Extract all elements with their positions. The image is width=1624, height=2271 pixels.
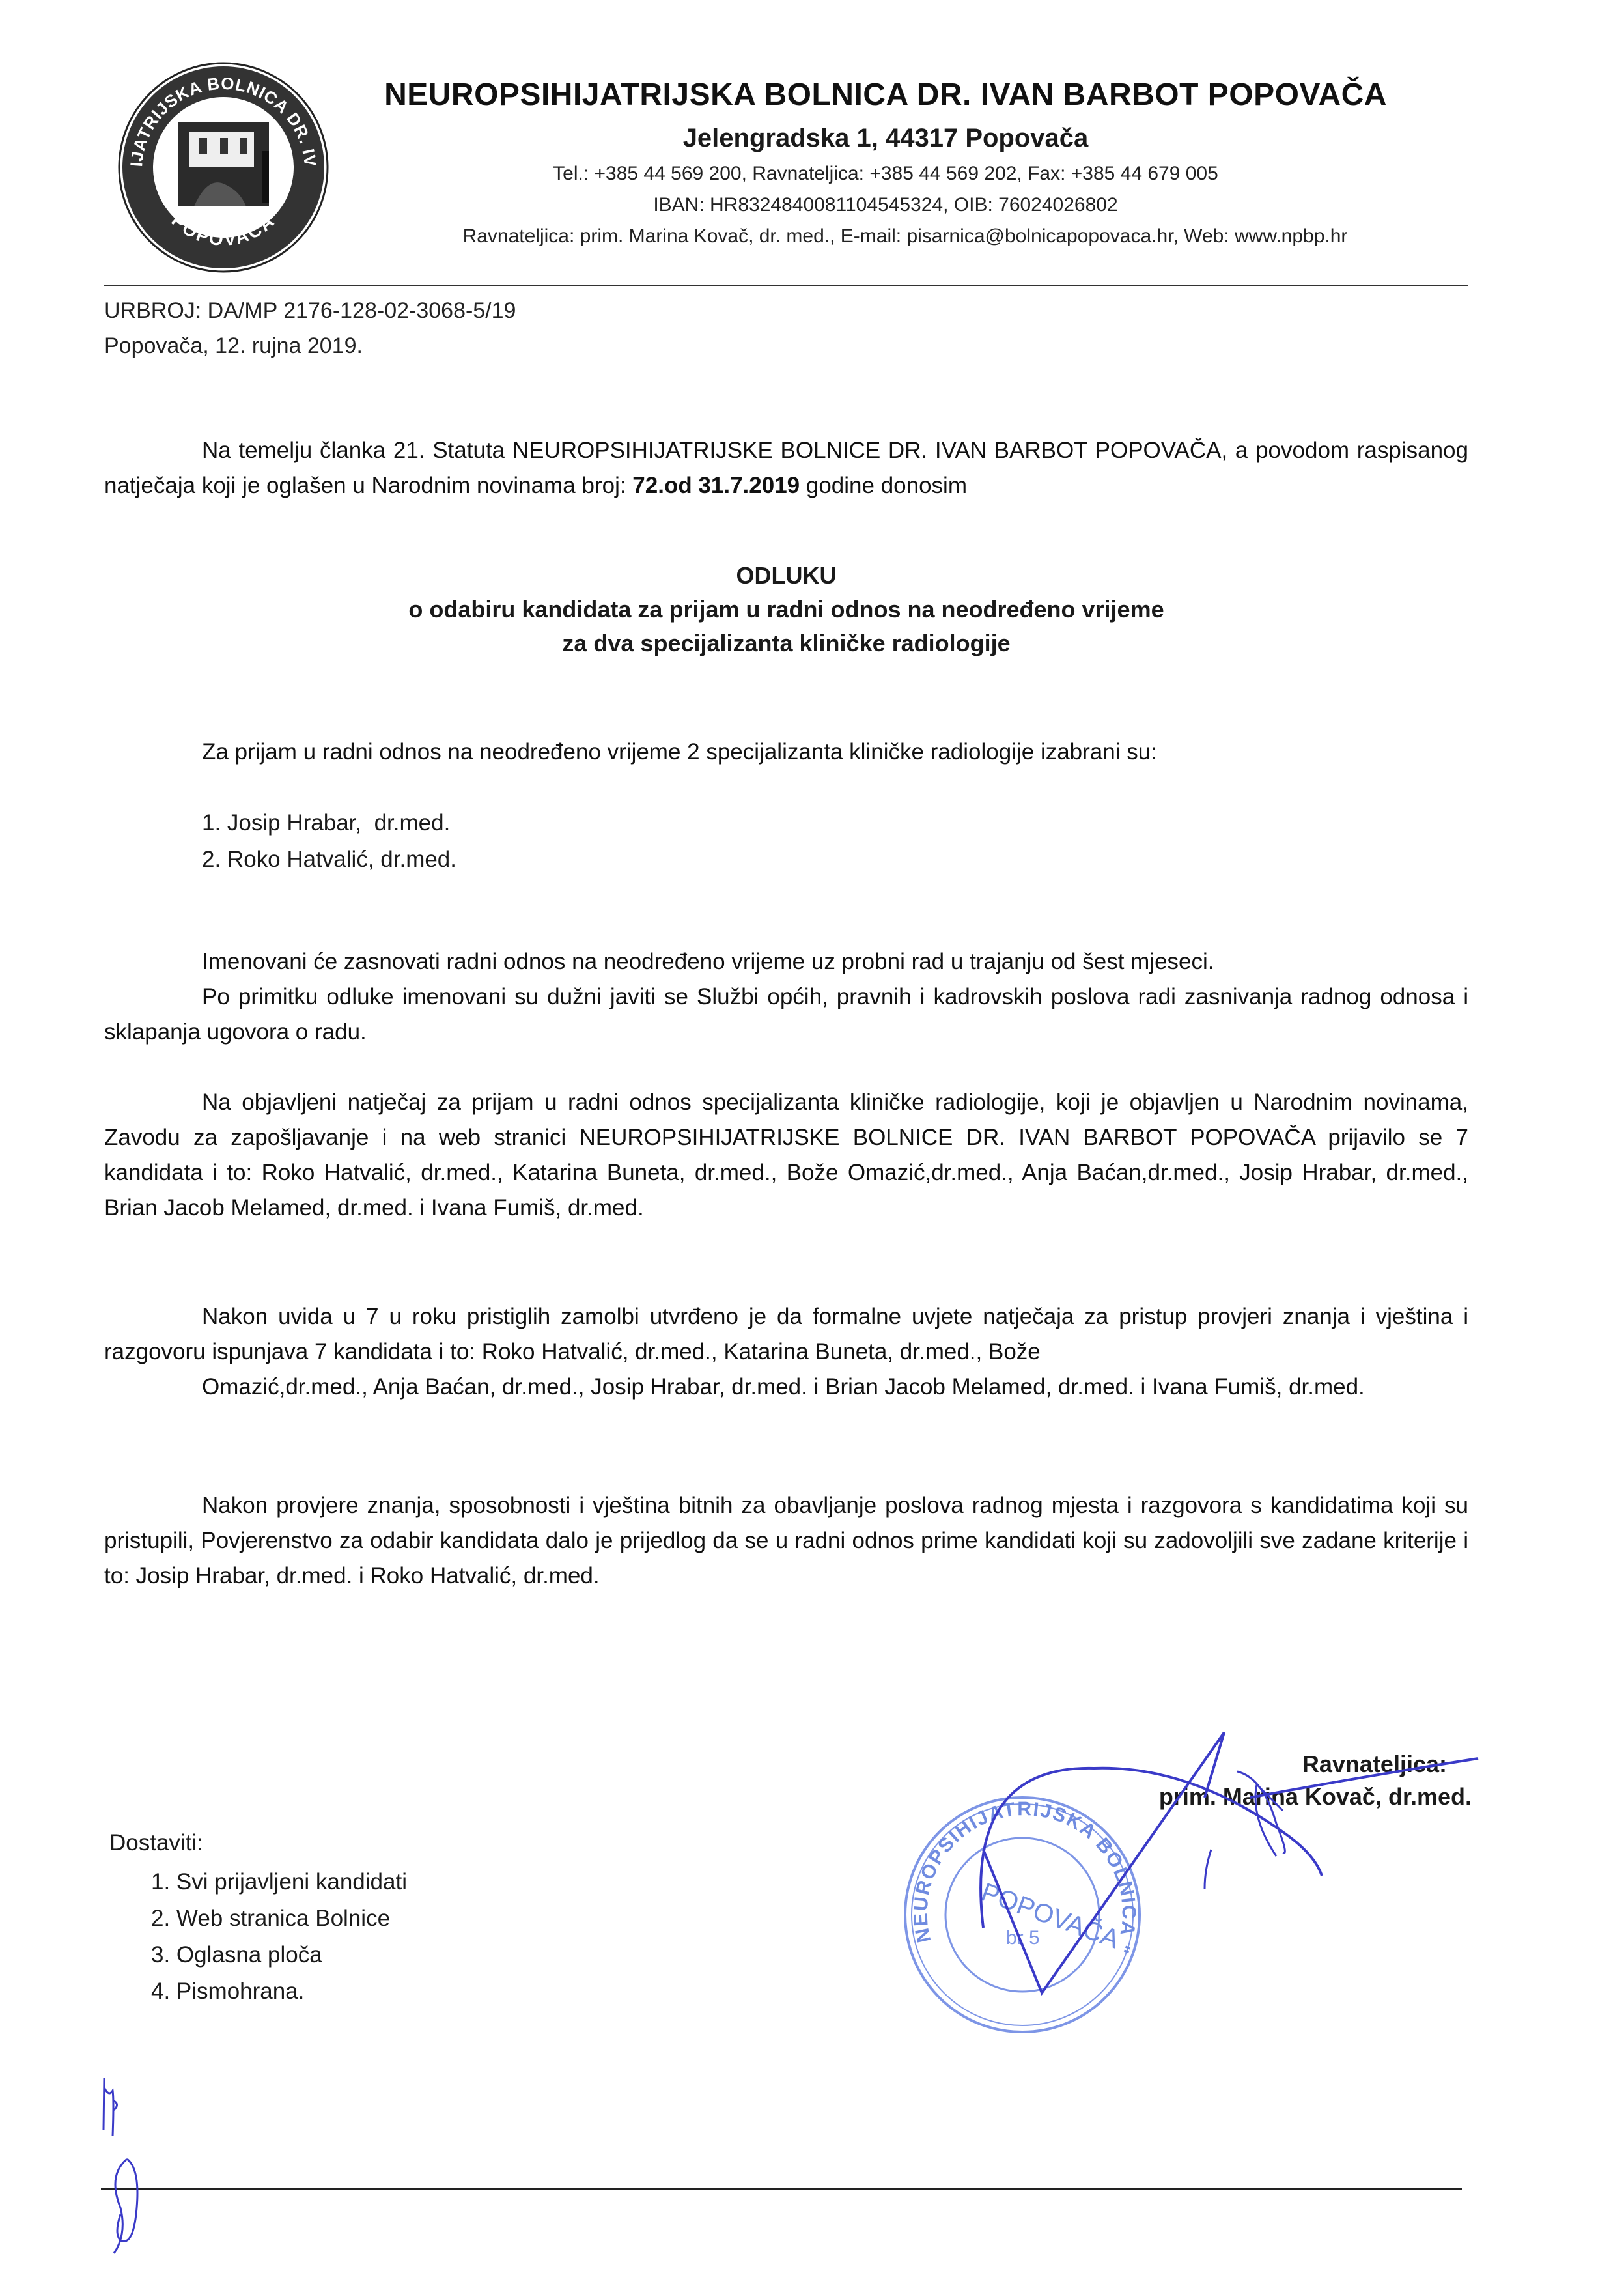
selected-candidate: 1. Josip Hrabar, dr.med. <box>202 805 456 841</box>
delivery-heading: Dostaviti: <box>109 1830 203 1856</box>
selected-candidates-list: 1. Josip Hrabar, dr.med. 2. Roko Hatvali… <box>202 805 456 878</box>
probation-paragraph: Imenovani će zasnovati radni odnos na ne… <box>104 944 1468 980</box>
contact-line: Tel.: +385 44 569 200, Ravnateljica: +38… <box>352 163 1420 185</box>
institution-address: Jelengradska 1, 44317 Popovača <box>352 124 1420 153</box>
decision-subtitle-1: o odabiru kandidata za prijam u radni od… <box>104 593 1468 627</box>
applicants-paragraph: Na objavljeni natječaj za prijam u radni… <box>104 1085 1468 1226</box>
delivery-list: 1. Svi prijavljeni kandidati 2. Web stra… <box>151 1864 407 2010</box>
seal-icon: NEUROPSIHIJATRIJSKA BOLNICA DR. IVAN BAR… <box>116 60 331 275</box>
delivery-item: 4. Pismohrana. <box>151 1973 407 2010</box>
director-contact-line: Ravnateljica: prim. Marina Kovač, dr. me… <box>319 225 1491 247</box>
bank-line: IBAN: HR8324840081104545324, OIB: 760240… <box>352 194 1420 216</box>
delivery-item: 2. Web stranica Bolnice <box>151 1900 407 1937</box>
decision-title: ODLUKU <box>104 559 1468 593</box>
footer-divider <box>101 2188 1462 2190</box>
eligible-paragraph-continued: Omazić,dr.med., Anja Baćan, dr.med., Jos… <box>104 1370 1468 1405</box>
delivery-item: 3. Oglasna ploča <box>151 1937 407 1973</box>
institution-name: NEUROPSIHIJATRIJSKA BOLNICA DR. IVAN BAR… <box>352 77 1420 113</box>
intro-paragraph: Na temelju članka 21. Statuta NEUROPSIHI… <box>104 433 1468 503</box>
decision-subtitle-2: za dva specijalizanta kliničke radiologi… <box>104 627 1468 660</box>
handwritten-mp-initials-icon <box>101 2071 153 2143</box>
hospital-seal-logo: NEUROPSIHIJATRIJSKA BOLNICA DR. IVAN BAR… <box>116 60 331 275</box>
header-divider <box>104 285 1468 286</box>
committee-paragraph: Nakon provjere znanja, sposobnosti i vje… <box>104 1488 1468 1594</box>
delivery-item: 1. Svi prijavljeni kandidati <box>151 1864 407 1900</box>
report-paragraph: Po primitku odluke imenovani su dužni ja… <box>104 980 1468 1050</box>
handwritten-initials-icon <box>101 2156 166 2266</box>
selected-candidate: 2. Roko Hatvalić, dr.med. <box>202 841 456 878</box>
eligible-paragraph: Nakon uvida u 7 u roku pristiglih zamolb… <box>104 1299 1468 1370</box>
selection-lead: Za prijam u radni odnos na neodređeno vr… <box>202 735 1472 770</box>
reference-number: URBROJ: DA/MP 2176-128-02-3068-5/19 <box>104 298 516 324</box>
gazette-reference: 72.od 31.7.2019 <box>632 473 800 498</box>
handwritten-signature-icon <box>899 1706 1485 2032</box>
place-date: Popovača, 12. rujna 2019. <box>104 333 363 359</box>
